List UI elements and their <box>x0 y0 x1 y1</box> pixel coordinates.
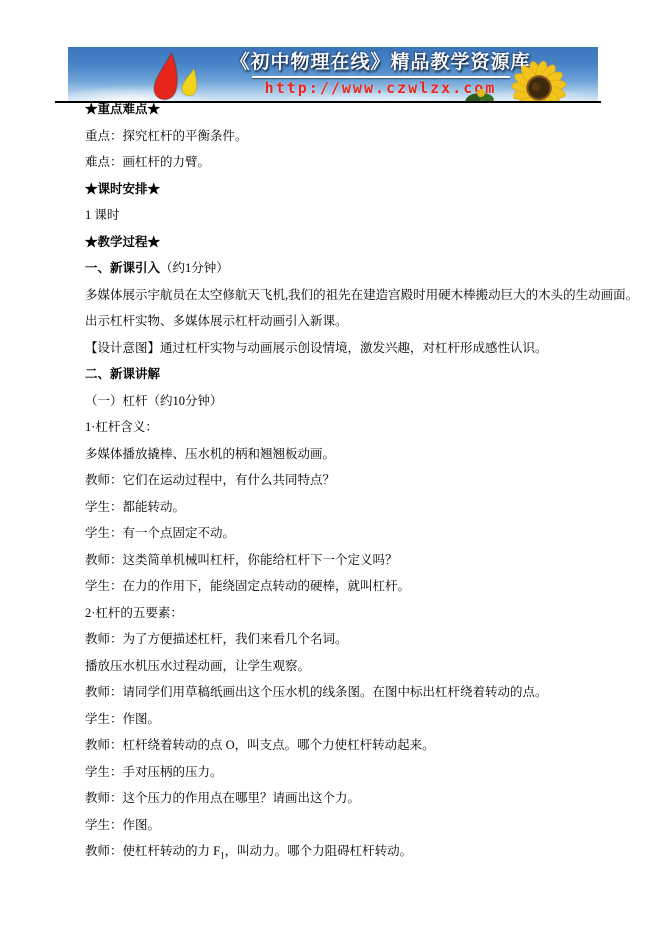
section-heading: 二、新课讲解 <box>85 367 647 382</box>
section-heading: ★教学过程★ <box>85 235 647 250</box>
text-run: （一）杠杆（约10分钟） <box>85 394 223 408</box>
text-run: 学生：作图。 <box>85 818 160 832</box>
text-run: 教师：请同学们用草稿纸画出这个压水机的线条图。在图中标出杠杆绕着转动的点。 <box>85 685 548 699</box>
paragraph: 出示杠杆实物、多媒体展示杠杆动画引入新课。 <box>85 314 647 329</box>
text-run: 难点：画杠杆的力臂。 <box>85 155 210 169</box>
plant-leaves-icon <box>464 85 498 101</box>
section-heading: ★课时安排★ <box>85 182 647 197</box>
text-run: 一、新课引入 <box>85 261 160 275</box>
paragraph: 教师：为了方便描述杠杆，我们来看几个名词。 <box>85 632 647 647</box>
paragraph: 重点：探究杠杆的平衡条件。 <box>85 129 647 144</box>
text-run: 多媒体播放撬棒、压水机的柄和翘翘板动画。 <box>85 447 335 461</box>
paragraph: 多媒体展示宇航员在太空修航天飞机,我们的祖先在建造宫殿时用硬木棒搬动巨大的木头的… <box>85 288 647 303</box>
paragraph: 一、新课引入（约1分钟） <box>85 261 647 276</box>
paragraph: 教师：这个压力的作用点在哪里？请画出这个力。 <box>85 791 647 806</box>
paragraph: 播放压水机压水过程动画，让学生观察。 <box>85 659 647 674</box>
text-run: 2·杠杆的五要素： <box>85 606 183 620</box>
title-underline <box>252 76 510 78</box>
text-run: ★教学过程★ <box>85 235 160 249</box>
text-run: ★课时安排★ <box>85 182 160 196</box>
text-run: 重点：探究杠杆的平衡条件。 <box>85 129 248 143</box>
text-run: （约1分钟） <box>160 261 229 275</box>
site-banner: 《初中物理在线》精品教学资源库 http://www.czwlzx.com <box>68 47 598 101</box>
text-run: 学生：作图。 <box>85 712 160 726</box>
text-run: 教师：杠杆绕着转动的点 O，叫支点。哪个力使杠杆转动起来。 <box>85 738 435 752</box>
paragraph: 多媒体播放撬棒、压水机的柄和翘翘板动画。 <box>85 447 647 462</box>
text-run: 教师：这类简单机械叫杠杆，你能给杠杆下一个定义吗？ <box>85 553 398 567</box>
text-run: 学生：手对压柄的压力。 <box>85 765 223 779</box>
text-run: 多媒体展示宇航员在太空修航天飞机,我们的祖先在建造宫殿时用硬木棒搬动巨大的木头的… <box>85 288 638 302</box>
paragraph: 1 课时 <box>85 208 647 223</box>
text-run: ★重点难点★ <box>85 102 160 116</box>
document-page: 《初中物理在线》精品教学资源库 http://www.czwlzx.com <box>0 0 661 935</box>
text-run: 1·杠杆含义： <box>85 420 158 434</box>
paragraph: 教师：它们在运动过程中，有什么共同特点？ <box>85 473 647 488</box>
paragraph: 学生：有一个点固定不动。 <box>85 526 647 541</box>
text-run: 播放压水机压水过程动画，让学生观察。 <box>85 659 310 673</box>
text-run: 教师：使杠杆转动的力 F <box>85 844 220 858</box>
text-run: ，叫动力。哪个力阻碍杠杆转动。 <box>225 844 413 858</box>
text-run: 出示杠杆实物、多媒体展示杠杆动画引入新课。 <box>85 314 348 328</box>
paragraph: 学生：在力的作用下，能绕固定点转动的硬棒，就叫杠杆。 <box>85 579 647 594</box>
paragraph: 教师：杠杆绕着转动的点 O，叫支点。哪个力使杠杆转动起来。 <box>85 738 647 753</box>
paragraph: 学生：都能转动。 <box>85 500 647 515</box>
paragraph: 学生：手对压柄的压力。 <box>85 765 647 780</box>
section-heading: ★重点难点★ <box>85 102 647 117</box>
document-body: ★重点难点★重点：探究杠杆的平衡条件。难点：画杠杆的力臂。★课时安排★1 课时★… <box>85 102 647 871</box>
text-run: 二、新课讲解 <box>85 367 160 381</box>
text-run: 【设计意图】通过杠杆实物与动画展示创设情境，激发兴趣，对杠杆形成感性认识。 <box>85 341 548 355</box>
paragraph: 教师：这类简单机械叫杠杆，你能给杠杆下一个定义吗？ <box>85 553 647 568</box>
text-run: 学生：有一个点固定不动。 <box>85 526 235 540</box>
paragraph: 难点：画杠杆的力臂。 <box>85 155 647 170</box>
paragraph: 1·杠杆含义： <box>85 420 647 435</box>
text-run: 教师：为了方便描述杠杆，我们来看几个名词。 <box>85 632 348 646</box>
text-run: 学生：在力的作用下，能绕固定点转动的硬棒，就叫杠杆。 <box>85 579 410 593</box>
paragraph: 教师：使杠杆转动的力 F1，叫动力。哪个力阻碍杠杆转动。 <box>85 844 647 859</box>
paragraph: （一）杠杆（约10分钟） <box>85 394 647 409</box>
paragraph: 学生：作图。 <box>85 712 647 727</box>
text-run: 教师：这个压力的作用点在哪里？请画出这个力。 <box>85 791 360 805</box>
sunflower-icon <box>496 59 582 101</box>
paragraph: 2·杠杆的五要素： <box>85 606 647 621</box>
paragraph: 学生：作图。 <box>85 818 647 833</box>
paragraph: 【设计意图】通过杠杆实物与动画展示创设情境，激发兴趣，对杠杆形成感性认识。 <box>85 341 647 356</box>
text-run: 学生：都能转动。 <box>85 500 185 514</box>
text-run: 1 课时 <box>85 208 119 222</box>
paragraph: 教师：请同学们用草稿纸画出这个压水机的线条图。在图中标出杠杆绕着转动的点。 <box>85 685 647 700</box>
text-run: 教师：它们在运动过程中，有什么共同特点？ <box>85 473 335 487</box>
